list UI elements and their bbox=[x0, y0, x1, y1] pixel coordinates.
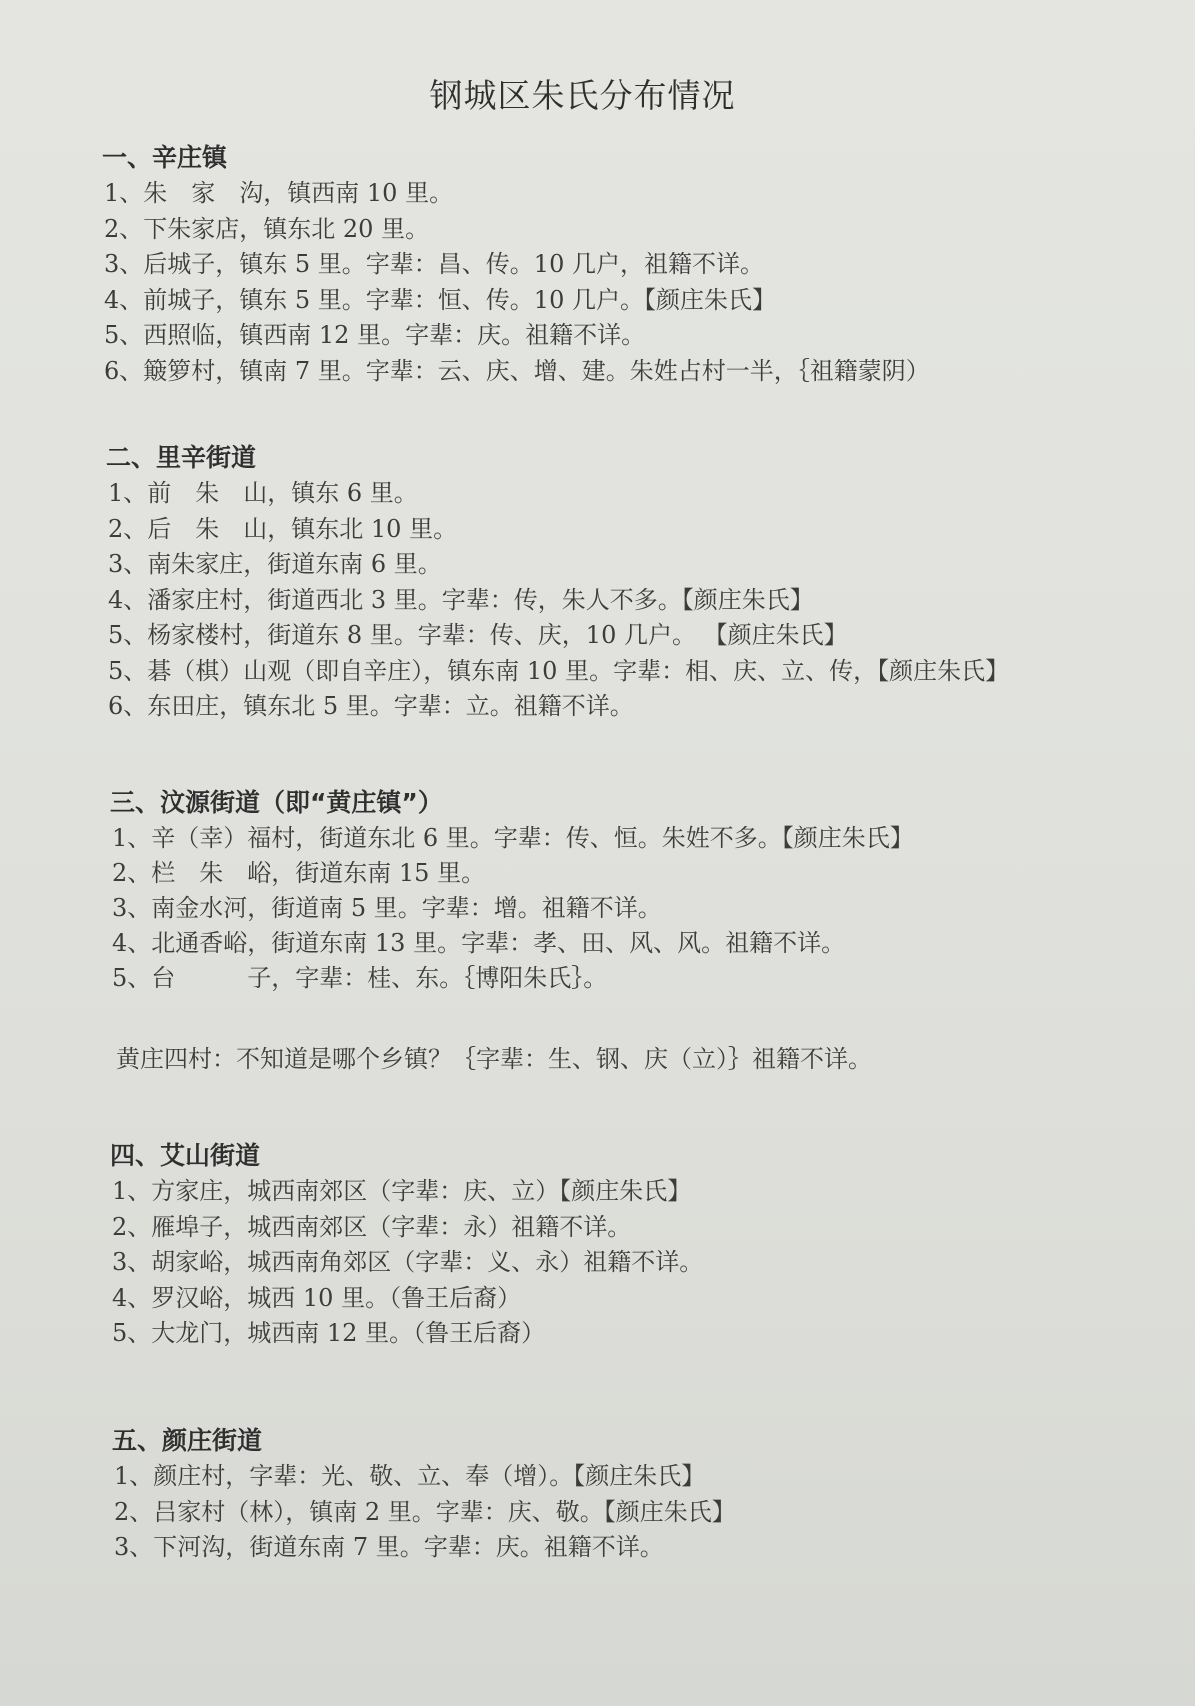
list-item: 3、南朱家庄，街道东南 6 里。 bbox=[108, 547, 1009, 583]
list-item: 5、台 子，字辈：桂、东。｛博阳朱氏｝。 bbox=[112, 961, 914, 996]
section-heading: 三、汶源街道（即“黄庄镇”） bbox=[110, 785, 914, 821]
list-item: 3、胡家峪，城西南角郊区（字辈：义、永）祖籍不详。 bbox=[112, 1245, 703, 1281]
section-aishan-subdistrict: 四、艾山街道 1、方家庄，城西南郊区（字辈：庆、立）【颜庄朱氏】 2、雁埠子，城… bbox=[112, 1138, 703, 1352]
list-item: 1、颜庄村，字辈：光、敬、立、奉（增）。【颜庄朱氏】 bbox=[114, 1459, 736, 1495]
list-item: 4、潘家庄村，街道西北 3 里。字辈：传，朱人不多。【颜庄朱氏】 bbox=[108, 583, 1009, 619]
section-heading: 二、里辛街道 bbox=[106, 440, 1009, 476]
section-xinzhuang-town: 一、辛庄镇 1、朱 家 沟，镇西南 10 里。 2、下朱家店，镇东北 20 里。… bbox=[104, 140, 930, 389]
list-item: 6、簸箩村，镇南 7 里。字辈：云、庆、增、建。朱姓占村一半，｛祖籍蒙阴） bbox=[104, 354, 930, 390]
list-item: 5、杨家楼村，街道东 8 里。字辈：传、庆，10 几户。 【颜庄朱氏】 bbox=[108, 618, 1009, 654]
list-item: 5、西照临，镇西南 12 里。字辈：庆。祖籍不详。 bbox=[104, 318, 930, 354]
list-item: 6、东田庄，镇东北 5 里。字辈：立。祖籍不详。 bbox=[108, 689, 1009, 725]
list-item: 2、后 朱 山，镇东北 10 里。 bbox=[108, 512, 1009, 548]
section-heading: 一、辛庄镇 bbox=[102, 140, 930, 176]
list-item: 2、雁埠子，城西南郊区（字辈：永）祖籍不详。 bbox=[112, 1210, 703, 1246]
list-item: 1、辛（幸）福村，街道东北 6 里。字辈：传、恒。朱姓不多。【颜庄朱氏】 bbox=[112, 821, 914, 856]
list-item: 3、后城子，镇东 5 里。字辈：昌、传。10 几户，祖籍不详。 bbox=[104, 247, 930, 283]
list-item: 2、下朱家店，镇东北 20 里。 bbox=[104, 212, 930, 248]
section-yanzhuang-subdistrict: 五、颜庄街道 1、颜庄村，字辈：光、敬、立、奉（增）。【颜庄朱氏】 2、吕家村（… bbox=[114, 1423, 736, 1566]
list-item: 4、前城子，镇东 5 里。字辈：恒、传。10 几户。【颜庄朱氏】 bbox=[104, 283, 930, 319]
list-item: 4、北通香峪，街道东南 13 里。字辈：孝、田、风、风。祖籍不详。 bbox=[112, 926, 914, 961]
list-item: 1、前 朱 山，镇东 6 里。 bbox=[108, 476, 1009, 512]
list-item: 3、南金水河，街道南 5 里。字辈：增。祖籍不详。 bbox=[112, 891, 914, 926]
list-item: 5、大龙门，城西南 12 里。（鲁王后裔） bbox=[112, 1316, 703, 1352]
list-item: 2、栏 朱 峪，街道东南 15 里。 bbox=[112, 856, 914, 891]
list-item: 4、罗汉峪，城西 10 里。（鲁王后裔） bbox=[112, 1281, 703, 1317]
document-title: 钢城区朱氏分布情况 bbox=[0, 70, 1165, 117]
section-lixin-subdistrict: 二、里辛街道 1、前 朱 山，镇东 6 里。 2、后 朱 山，镇东北 10 里。… bbox=[108, 440, 1009, 725]
section-heading: 四、艾山街道 bbox=[110, 1138, 703, 1174]
list-item: 5、碁（棋）山观（即自辛庄），镇东南 10 里。字辈：相、庆、立、传，【颜庄朱氏… bbox=[108, 654, 1009, 690]
huangzhuang-note: 黄庄四村：不知道是哪个乡镇？｛字辈：生、钢、庆（立）｝祖籍不详。 bbox=[116, 1042, 872, 1077]
list-item: 3、下河沟，街道东南 7 里。字辈：庆。祖籍不详。 bbox=[114, 1530, 736, 1566]
list-item: 1、朱 家 沟，镇西南 10 里。 bbox=[104, 176, 930, 212]
document-page: 钢城区朱氏分布情况 一、辛庄镇 1、朱 家 沟，镇西南 10 里。 2、下朱家店… bbox=[0, 0, 1195, 1706]
section-wenyuan-subdistrict: 三、汶源街道（即“黄庄镇”） 1、辛（幸）福村，街道东北 6 里。字辈：传、恒。… bbox=[112, 785, 914, 996]
list-item: 2、吕家村（林），镇南 2 里。字辈：庆、敬。【颜庄朱氏】 bbox=[114, 1495, 736, 1531]
list-item: 1、方家庄，城西南郊区（字辈：庆、立）【颜庄朱氏】 bbox=[112, 1174, 703, 1210]
section-heading: 五、颜庄街道 bbox=[112, 1423, 736, 1459]
